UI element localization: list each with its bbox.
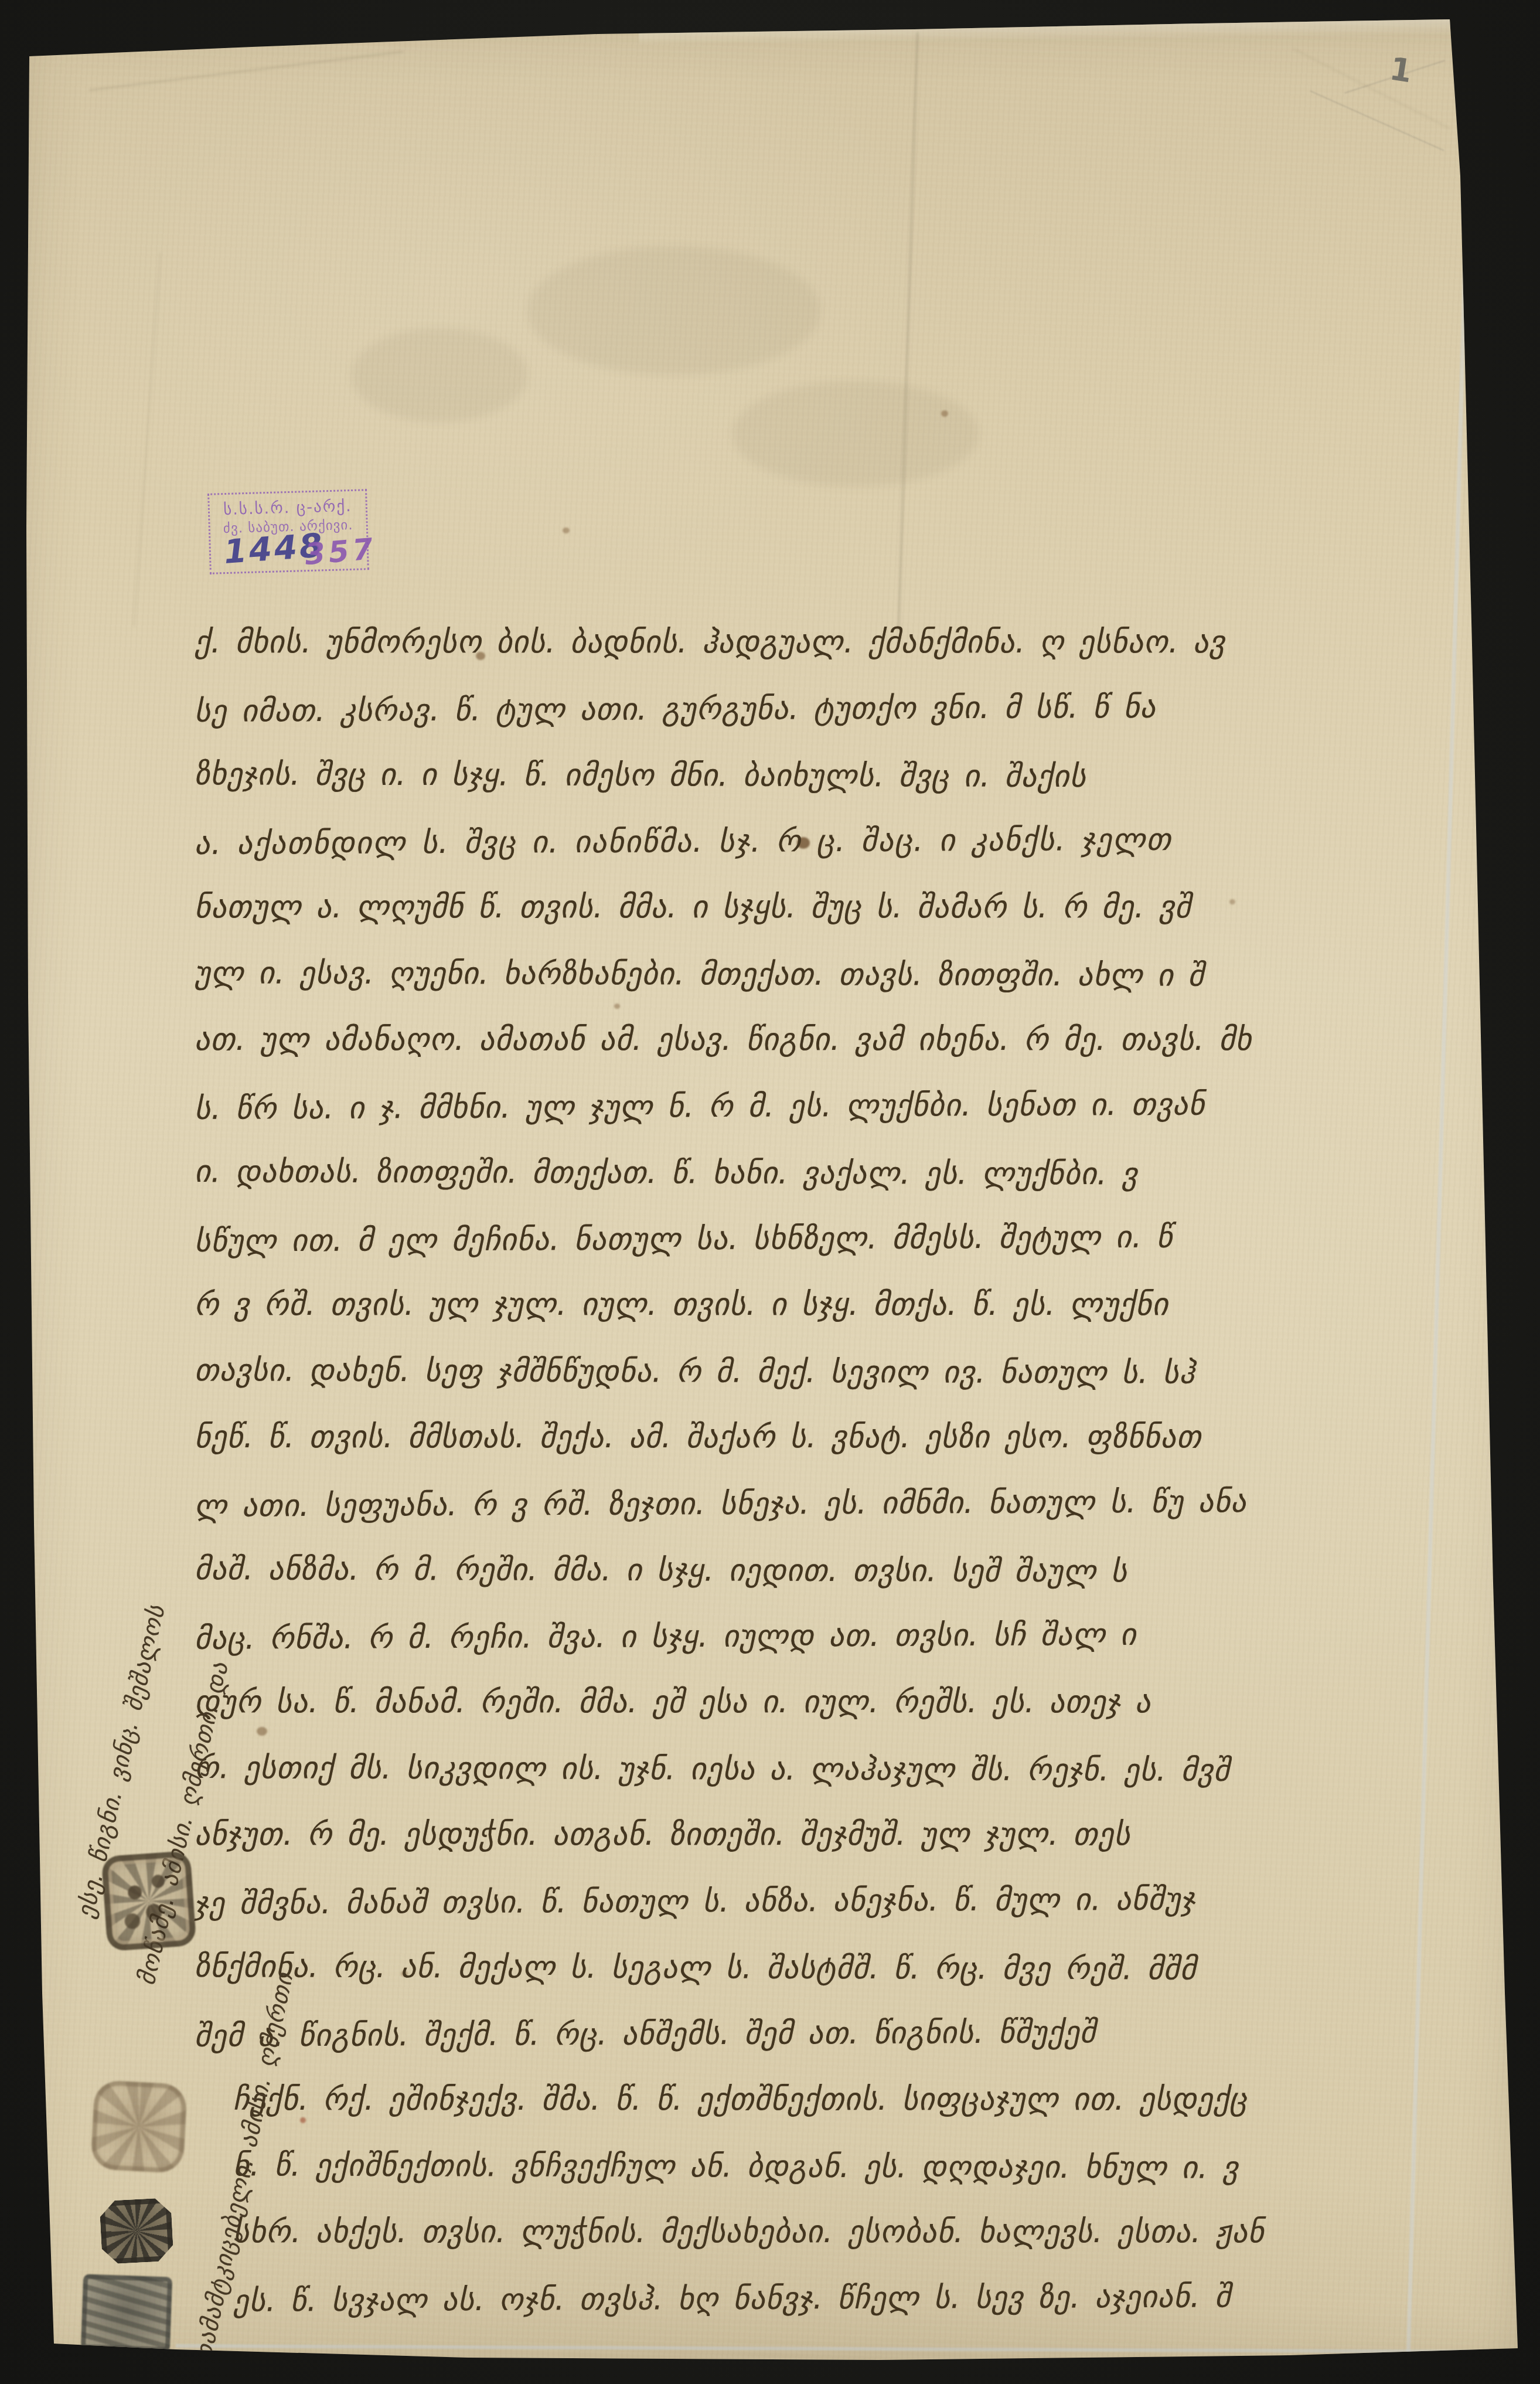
ink-bleedthrough bbox=[732, 381, 979, 487]
ink-stain bbox=[563, 528, 570, 533]
manuscript-line: ნეწ. წ. თვის. მმსთას. შექა. ამ. შაქარ ს.… bbox=[195, 1404, 1493, 1471]
manuscript-line: შემ ა. წიგნის. შექმ. წ. რც. ანშემს. შემ … bbox=[195, 1998, 1493, 2070]
ink-stain bbox=[614, 1004, 620, 1009]
octagonal-seal-icon bbox=[99, 2198, 173, 2264]
manuscript-line: სხრ. ახქეს. თვსი. ლუჭნის. მექსახებაი. ეს… bbox=[233, 2199, 1493, 2266]
manuscript-line: ანჯუთ. რ მე. ესდუჭნი. ათგან. ზითეში. შეჯ… bbox=[195, 1802, 1493, 1868]
manuscript-line: ჩექნ. რქ. ეშინჯექვ. შმა. წ. წ. ექთშნექთი… bbox=[233, 2067, 1493, 2133]
manuscript-line: სწულ ით. მ ელ მეჩინა. ნათულ სა. სხნზელ. … bbox=[195, 1203, 1493, 1275]
left-crease bbox=[134, 253, 161, 627]
manuscript-line: ულ ი. ესავ. ღუენი. ხარზხანები. მთექათ. თ… bbox=[195, 940, 1493, 1010]
top-edge-fold bbox=[639, 10, 1459, 45]
manuscript-line: მაშ. ანზმა. რ მ. რეში. მმა. ი სჯყ. იედით… bbox=[195, 1536, 1493, 1606]
manuscript-line: დურ სა. წ. მანამ. რეში. მმა. ეშ ესა ი. ი… bbox=[195, 1669, 1493, 1736]
right-edge-highlight bbox=[1406, 12, 1474, 2353]
archive-stamp-line1: ს.ს.ს.რ. ც-არქ. bbox=[209, 496, 366, 519]
manuscript-line: სე იმათ. კსრავ. წ. ტულ ათი. გურგუნა. ტუთ… bbox=[195, 673, 1493, 745]
manuscript-line: თავსი. დახენ. სეფ ჯმშნწუდნა. რ მ. მექ. ს… bbox=[195, 1338, 1493, 1407]
ink-stain bbox=[941, 410, 948, 417]
ink-stain bbox=[476, 652, 485, 660]
manuscript-line: ეს. წ. სვჯალ ას. ოჯნ. თვსჰ. ხღ ნანვჯ. წჩ… bbox=[233, 2263, 1493, 2334]
dark-square-seal-icon bbox=[101, 1851, 197, 1951]
pencil-scratch bbox=[1310, 90, 1444, 151]
corner-crease bbox=[1293, 48, 1450, 129]
ink-bleedthrough bbox=[352, 328, 527, 422]
manuscript-line: მაც. რნშა. რ მ. რეჩი. შვა. ი სჯყ. იულდ ა… bbox=[195, 1600, 1493, 1672]
inventory-number: 1448 bbox=[223, 526, 326, 572]
manuscript-line: ათ. ულ ამანაღო. ამათან ამ. ესავ. წიგნი. … bbox=[195, 1007, 1493, 1073]
ink-stain bbox=[401, 1971, 408, 1977]
margin-note: დამამტკიცებელი. ამისი. ღმერთი bbox=[189, 1970, 298, 2366]
manuscript-page: ს.ს.ს.რ. ც-არქ. ძვ. საბუთ. არქივი. 1448 … bbox=[0, 0, 1540, 2384]
ink-stain bbox=[797, 837, 810, 849]
margin-note: ესე. წიგნი. ვინც. შეშალოს bbox=[72, 1603, 171, 1920]
manuscript-line: ი. დახთას. ზითფეში. მთექათ. წ. ხანი. ვაქ… bbox=[195, 1139, 1493, 1209]
diagonal-crease bbox=[89, 51, 403, 91]
manuscript-line: ს. წრ სა. ი ჯ. მმხნი. ულ ჯულ ნ. რ მ. ეს.… bbox=[195, 1070, 1493, 1142]
manuscript-line: ზხეჯის. შვც ი. ი სჯყ. წ. იმესო მნი. ბაიხ… bbox=[195, 742, 1493, 811]
archive-stamp: ს.ს.ს.რ. ც-არქ. ძვ. საბუთ. არქივი. bbox=[207, 489, 369, 574]
folio-number: 357 bbox=[304, 532, 378, 572]
manuscript-line: ა. აქათნდილ ს. შვც ი. იანიწმა. სჯ. რ ც. … bbox=[195, 805, 1493, 878]
manuscript-text-block: ქ. მხის. უნმორესო ბის. ბადნის. ჰადგუალ. … bbox=[195, 610, 1493, 2332]
manuscript-line: რ ვ რშ. თვის. ულ ჯულ. იულ. თვის. ი სჯყ. … bbox=[195, 1272, 1493, 1338]
scan-background: ს.ს.ს.რ. ც-არქ. ძვ. საბუთ. არქივი. 1448 … bbox=[0, 0, 1540, 2384]
gray-square-seal-icon bbox=[81, 2274, 172, 2352]
ink-stain bbox=[257, 1727, 267, 1736]
manuscript-line: ნათულ ა. ლღუმნ წ. თვის. მმა. ი სჯყს. შუც… bbox=[195, 875, 1493, 941]
margin-note: მოწამე. ამისი. ღმერთი. და bbox=[133, 1659, 234, 1988]
bottom-edge-highlight bbox=[176, 2344, 1512, 2354]
manuscript-line: რ. ესთიქ მს. სიკვდილ ის. უჯნ. იესა ა. ლა… bbox=[195, 1735, 1493, 1805]
page-number: 1 bbox=[1387, 50, 1415, 90]
manuscript-line: ჯე შმვნა. მანაშ თვსი. წ. ნათულ ს. ანზა. … bbox=[195, 1865, 1493, 1937]
faded-round-seal-icon bbox=[90, 2080, 188, 2174]
pencil-scratch bbox=[1344, 60, 1445, 94]
vertical-crease bbox=[898, 32, 918, 630]
ink-stain bbox=[300, 2117, 306, 2123]
manuscript-line: ნ. წ. ექიშნექთის. ვნჩვექჩულ ან. ბდგან. ე… bbox=[233, 2133, 1493, 2202]
archive-stamp-line2: ძვ. საბუთ. არქივი. bbox=[210, 517, 366, 536]
manuscript-line: ზნქმინა. რც. ან. მექალ ს. სეგალ ს. შასტმ… bbox=[195, 1934, 1493, 2004]
manuscript-line: ქ. მხის. უნმორესო ბის. ბადნის. ჰადგუალ. … bbox=[195, 610, 1493, 676]
manuscript-line: ლ ათი. სეფუანა. რ ვ რშ. ზეჯთი. სნეჯა. ეს… bbox=[195, 1468, 1493, 1540]
ink-bleedthrough bbox=[527, 246, 820, 375]
ink-stain bbox=[1229, 899, 1235, 904]
